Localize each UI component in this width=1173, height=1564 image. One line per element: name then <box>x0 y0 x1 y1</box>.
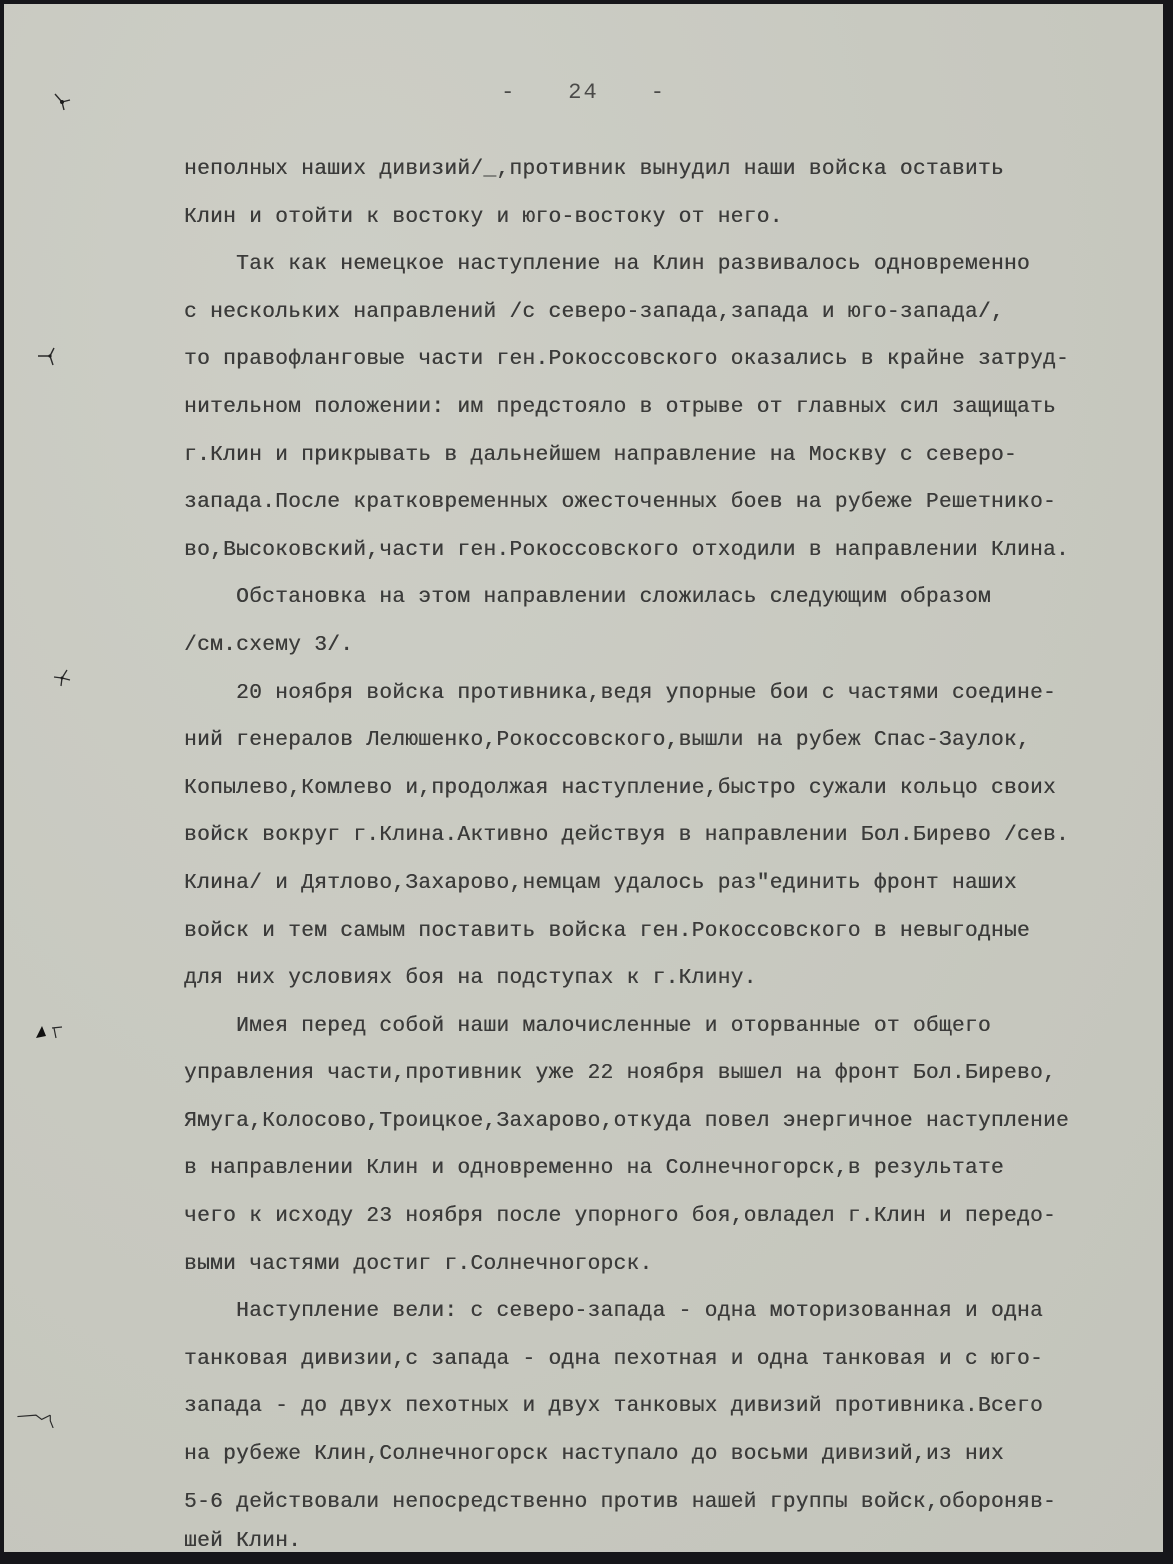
page-number-value: 24 <box>568 80 598 105</box>
punch-hole-icon <box>52 668 72 688</box>
text-line: для них условиях боя на подступах к г.Кл… <box>184 955 1173 1003</box>
text-line: Так как немецкое наступление на Клин раз… <box>184 241 1173 289</box>
text-line: запада - до двух пехотных и двух танковы… <box>184 1383 1173 1431</box>
text-line: танковая дивизии,с запада - одна пехотна… <box>184 1336 1173 1384</box>
text-line: Клин и отойти к востоку и юго-востоку от… <box>184 194 1173 242</box>
page-number: -24- <box>4 80 1163 105</box>
punch-hole-icon <box>32 1022 68 1042</box>
text-line: Имея перед собой наши малочисленные и от… <box>184 1003 1173 1051</box>
text-line: в направлении Клин и одновременно на Сол… <box>184 1145 1173 1193</box>
page-number-dash-left: - <box>501 80 516 105</box>
punch-hole-icon <box>36 346 56 366</box>
typewritten-text: неполных наших дивизий/_,противник вынуд… <box>184 146 1173 1556</box>
text-line: неполных наших дивизий/_,противник вынуд… <box>184 146 1173 194</box>
text-line: 5-6 действовали непосредственно против н… <box>184 1479 1173 1527</box>
text-line: управления части,противник уже 22 ноября… <box>184 1050 1173 1098</box>
text-line: запада.После кратковременных ожесточенны… <box>184 479 1173 527</box>
text-line: то правофланговые части ген.Рокоссовског… <box>184 336 1173 384</box>
page-number-dash-right: - <box>651 80 666 105</box>
text-line: ний генералов Лелюшенко,Рокоссовского,вы… <box>184 717 1173 765</box>
text-line: с нескольких направлений /с северо-запад… <box>184 289 1173 337</box>
punch-hole-icon <box>8 1408 64 1428</box>
text-line: /см.схему 3/. <box>184 622 1173 670</box>
text-line: Ямуга,Колосово,Троицкое,Захарово,откуда … <box>184 1098 1173 1146</box>
text-line: войск вокруг г.Клина.Активно действуя в … <box>184 812 1173 860</box>
text-line: на рубеже Клин,Солнечногорск наступало д… <box>184 1431 1173 1479</box>
text-line: Наступление вели: с северо-запада - одна… <box>184 1288 1173 1336</box>
text-line: выми частями достиг г.Солнечногорск. <box>184 1241 1173 1289</box>
document-page: -24- неполных наших дивизий/_,противник … <box>4 4 1163 1552</box>
text-line: нительном положении: им предстояло в отр… <box>184 384 1173 432</box>
text-line: Клина/ и Дятлово,Захарово,немцам удалось… <box>184 860 1173 908</box>
text-line: во,Высоковский,части ген.Рокоссовского о… <box>184 527 1173 575</box>
text-line: Копылево,Комлево и,продолжая наступление… <box>184 765 1173 813</box>
text-line: шей Клин. <box>184 1526 1173 1556</box>
text-line: чего к исходу 23 ноября после упорного б… <box>184 1193 1173 1241</box>
text-line: г.Клин и прикрывать в дальнейшем направл… <box>184 432 1173 480</box>
text-line: Обстановка на этом направлении сложилась… <box>184 574 1173 622</box>
text-line: 20 ноября войска противника,ведя упорные… <box>184 670 1173 718</box>
text-line: войск и тем самым поставить войска ген.Р… <box>184 908 1173 956</box>
